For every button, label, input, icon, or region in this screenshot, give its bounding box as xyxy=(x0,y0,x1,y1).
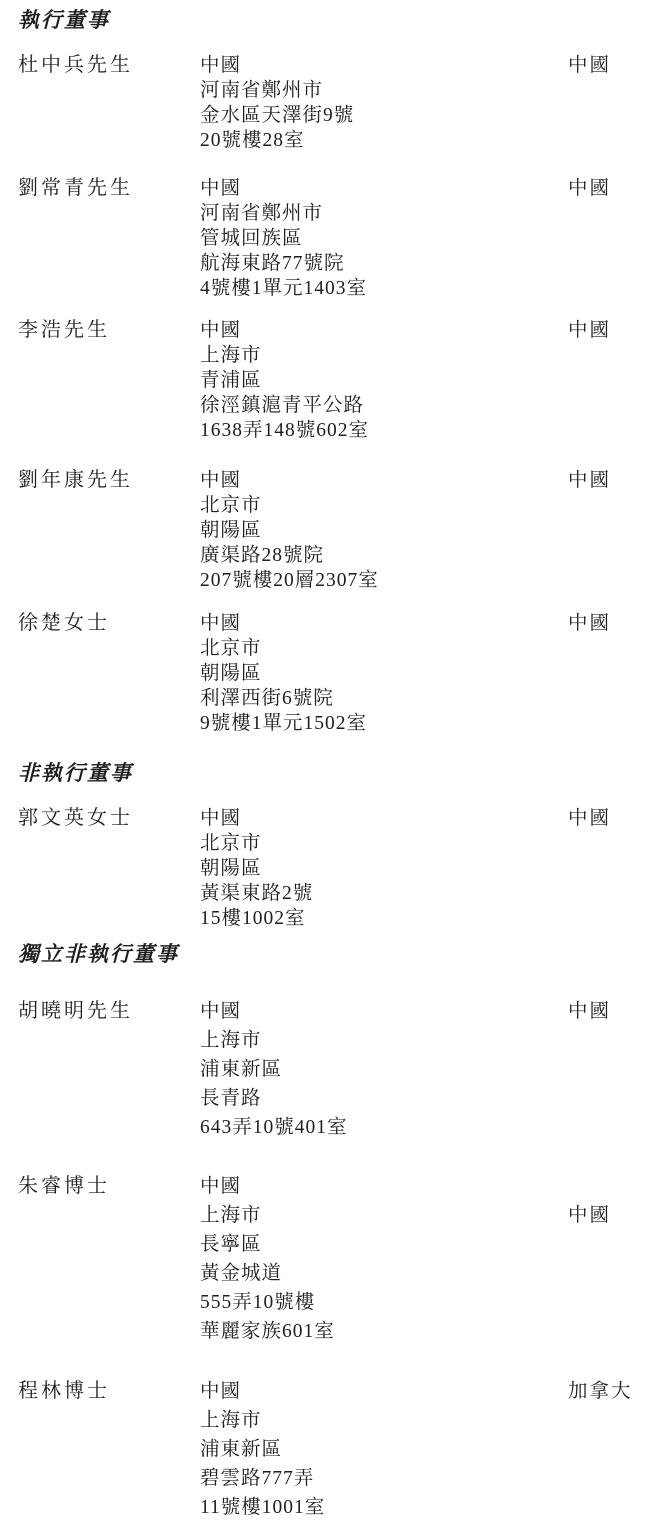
director-address: 中國 上海市 浦東新區 長青路 643弄10號401室 xyxy=(200,997,568,1142)
section-title: 獨立非執行董事 xyxy=(18,941,634,967)
director-address: 中國 上海市 長寧區 黃金城道 555弄10號樓 華麗家族601室 xyxy=(200,1172,568,1346)
address-line: 207號樓20層2307室 xyxy=(200,568,568,593)
section-non-executive-directors: 非執行董事 郭文英女士 中國 北京市 朝陽區 黃渠東路2號 15樓1002室 中… xyxy=(18,760,634,931)
address-line: 20號樓28室 xyxy=(200,128,568,153)
address-line: 中國 xyxy=(200,1172,568,1201)
director-entry: 劉常青先生 中國 河南省鄭州市 管城回族區 航海東路77號院 4號樓1單元140… xyxy=(18,176,634,301)
section-independent-non-executive-directors: 獨立非執行董事 胡曉明先生 中國 上海市 浦東新區 長青路 643弄10號401… xyxy=(18,941,634,1522)
address-line: 廣渠路28號院 xyxy=(200,543,568,568)
address-line: 上海市 xyxy=(200,1201,568,1230)
address-line: 北京市 xyxy=(200,493,568,518)
address-line: 金水區天澤街9號 xyxy=(200,103,568,128)
director-nationality: 中國 xyxy=(568,468,634,593)
address-line: 中國 xyxy=(200,611,568,636)
address-line: 黃金城道 xyxy=(200,1259,568,1288)
director-name: 李浩先生 xyxy=(18,318,200,443)
address-line: 北京市 xyxy=(200,831,568,856)
director-nationality: 加拿大 xyxy=(568,1377,634,1522)
address-line: 黃渠東路2號 xyxy=(200,881,568,906)
director-nationality: 中國 xyxy=(568,53,634,153)
director-nationality: 中國 xyxy=(568,1201,634,1346)
director-entry: 徐楚女士 中國 北京市 朝陽區 利澤西街6號院 9號樓1單元1502室 中國 xyxy=(18,611,634,736)
address-line: 朝陽區 xyxy=(200,518,568,543)
address-line: 9號樓1單元1502室 xyxy=(200,711,568,736)
director-nationality: 中國 xyxy=(568,806,634,931)
director-nationality: 中國 xyxy=(568,997,634,1142)
address-line: 中國 xyxy=(200,997,568,1026)
address-line: 朝陽區 xyxy=(200,856,568,881)
director-address: 中國 北京市 朝陽區 廣渠路28號院 207號樓20層2307室 xyxy=(200,468,568,593)
address-line: 中國 xyxy=(200,1377,568,1406)
director-name: 劉常青先生 xyxy=(18,176,200,301)
address-line: 15樓1002室 xyxy=(200,906,568,931)
director-name: 程林博士 xyxy=(18,1377,200,1522)
address-line: 555弄10號樓 xyxy=(200,1288,568,1317)
address-line: 中國 xyxy=(200,318,568,343)
director-nationality: 中國 xyxy=(568,318,634,443)
address-line: 河南省鄭州市 xyxy=(200,78,568,103)
address-line: 上海市 xyxy=(200,1026,568,1055)
section-executive-directors: 執行董事 杜中兵先生 中國 河南省鄭州市 金水區天澤街9號 20號樓28室 中國… xyxy=(18,7,634,736)
director-name: 胡曉明先生 xyxy=(18,997,200,1142)
director-address: 中國 上海市 青浦區 徐涇鎮滬青平公路 1638弄148號602室 xyxy=(200,318,568,443)
address-line: 4號樓1單元1403室 xyxy=(200,276,568,301)
director-address: 中國 河南省鄭州市 管城回族區 航海東路77號院 4號樓1單元1403室 xyxy=(200,176,568,301)
address-line: 中國 xyxy=(200,53,568,78)
address-line: 利澤西街6號院 xyxy=(200,686,568,711)
director-name: 徐楚女士 xyxy=(18,611,200,736)
address-line: 浦東新區 xyxy=(200,1435,568,1464)
director-address: 中國 北京市 朝陽區 利澤西街6號院 9號樓1單元1502室 xyxy=(200,611,568,736)
address-line: 朝陽區 xyxy=(200,661,568,686)
director-entry: 杜中兵先生 中國 河南省鄭州市 金水區天澤街9號 20號樓28室 中國 xyxy=(18,53,634,153)
address-line: 中國 xyxy=(200,176,568,201)
address-line: 上海市 xyxy=(200,343,568,368)
address-line: 徐涇鎮滬青平公路 xyxy=(200,393,568,418)
director-nationality: 中國 xyxy=(568,611,634,736)
director-nationality: 中國 xyxy=(568,176,634,301)
address-line: 北京市 xyxy=(200,636,568,661)
director-name: 郭文英女士 xyxy=(18,806,200,931)
address-line: 中國 xyxy=(200,468,568,493)
address-line: 華麗家族601室 xyxy=(200,1317,568,1346)
director-entry: 胡曉明先生 中國 上海市 浦東新區 長青路 643弄10號401室 中國 xyxy=(18,997,634,1142)
address-line: 長青路 xyxy=(200,1084,568,1113)
director-entry: 郭文英女士 中國 北京市 朝陽區 黃渠東路2號 15樓1002室 中國 xyxy=(18,806,634,931)
director-entry: 朱睿博士 中國 上海市 長寧區 黃金城道 555弄10號樓 華麗家族601室 中… xyxy=(18,1172,634,1346)
address-line: 航海東路77號院 xyxy=(200,251,568,276)
director-address: 中國 河南省鄭州市 金水區天澤街9號 20號樓28室 xyxy=(200,53,568,153)
address-line: 河南省鄭州市 xyxy=(200,201,568,226)
director-entry: 李浩先生 中國 上海市 青浦區 徐涇鎮滬青平公路 1638弄148號602室 中… xyxy=(18,318,634,443)
address-line: 643弄10號401室 xyxy=(200,1113,568,1142)
address-line: 浦東新區 xyxy=(200,1055,568,1084)
address-line: 11號樓1001室 xyxy=(200,1493,568,1522)
address-line: 1638弄148號602室 xyxy=(200,418,568,443)
director-entry: 劉年康先生 中國 北京市 朝陽區 廣渠路28號院 207號樓20層2307室 中… xyxy=(18,468,634,593)
section-title: 非執行董事 xyxy=(18,760,634,786)
address-line: 上海市 xyxy=(200,1406,568,1435)
section-title: 執行董事 xyxy=(18,7,634,33)
director-address: 中國 上海市 浦東新區 碧雲路777弄 11號樓1001室 xyxy=(200,1377,568,1522)
address-line: 碧雲路777弄 xyxy=(200,1464,568,1493)
director-entry: 程林博士 中國 上海市 浦東新區 碧雲路777弄 11號樓1001室 加拿大 xyxy=(18,1377,634,1522)
address-line: 中國 xyxy=(200,806,568,831)
address-line: 青浦區 xyxy=(200,368,568,393)
director-address: 中國 北京市 朝陽區 黃渠東路2號 15樓1002室 xyxy=(200,806,568,931)
address-line: 管城回族區 xyxy=(200,226,568,251)
director-name: 朱睿博士 xyxy=(18,1172,200,1346)
director-name: 劉年康先生 xyxy=(18,468,200,593)
directors-page: 執行董事 杜中兵先生 中國 河南省鄭州市 金水區天澤街9號 20號樓28室 中國… xyxy=(0,0,660,1528)
director-name: 杜中兵先生 xyxy=(18,53,200,153)
address-line: 長寧區 xyxy=(200,1230,568,1259)
